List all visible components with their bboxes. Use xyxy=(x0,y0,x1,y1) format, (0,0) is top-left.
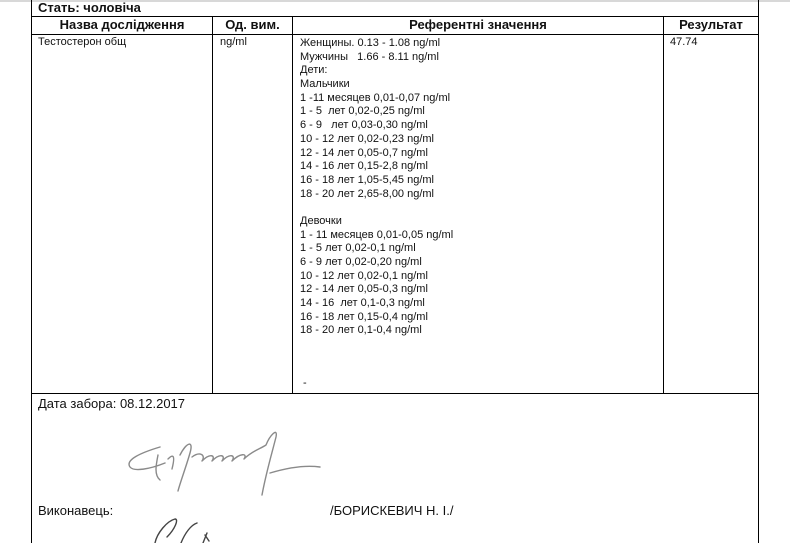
reference-line: Женщины. 0.13 - 1.08 ng/ml xyxy=(300,37,453,51)
header-reference: Референтні значення xyxy=(293,16,663,34)
header-result: Результат xyxy=(664,16,758,34)
header-test-name: Назва дослідження xyxy=(32,16,212,34)
reference-line: 18 - 20 лет 0,1-0,4 ng/ml xyxy=(300,324,453,338)
reference-line: 14 - 16 лет 0,1-0,3 ng/ml xyxy=(300,297,453,311)
reference-line: 16 - 18 лет 1,05-5,45 ng/ml xyxy=(300,174,453,188)
reference-line: 1 - 5 лет 0,02-0,1 ng/ml xyxy=(300,242,453,256)
partial-signature-icon xyxy=(145,515,225,543)
reference-line: 16 - 18 лет 0,15-0,4 ng/ml xyxy=(300,311,453,325)
reference-line: 1 - 5 лет 0,02-0,25 ng/ml xyxy=(300,105,453,119)
reference-line: Девочки xyxy=(300,215,453,229)
reference-line: 18 - 20 лет 2,65-8,00 ng/ml xyxy=(300,188,453,202)
col-divider-3 xyxy=(663,16,664,394)
cell-reference-trailing-mark: - xyxy=(303,377,307,389)
frame-left-border xyxy=(31,0,32,543)
executor-name: /БОРИСКЕВИЧ Н. І./ xyxy=(330,503,454,518)
reference-line: Мужчины 1.66 - 8.11 ng/ml xyxy=(300,51,453,65)
patient-sex: Стать: чоловіча xyxy=(38,0,141,16)
reference-line: 12 - 14 лет 0,05-0,7 ng/ml xyxy=(300,147,453,161)
reference-line: 6 - 9 лет 0,02-0,20 ng/ml xyxy=(300,256,453,270)
reference-line: 10 - 12 лет 0,02-0,23 ng/ml xyxy=(300,133,453,147)
reference-line: 6 - 9 лет 0,03-0,30 ng/ml xyxy=(300,119,453,133)
signature-icon xyxy=(120,425,330,510)
reference-line: Мальчики xyxy=(300,78,453,92)
sample-date: Дата забора: 08.12.2017 xyxy=(38,396,185,411)
reference-line: 10 - 12 лет 0,02-0,1 ng/ml xyxy=(300,270,453,284)
header-bottom-border xyxy=(31,34,759,35)
row-bottom-border xyxy=(31,393,759,394)
reference-line: Дети: xyxy=(300,64,453,78)
reference-line: 1 - 11 месяцев 0,01-0,05 ng/ml xyxy=(300,229,453,243)
frame-right-border xyxy=(758,0,759,543)
header-unit: Од. вим. xyxy=(213,16,292,34)
col-divider-2 xyxy=(292,16,293,394)
cell-test-name: Тестостерон общ xyxy=(38,36,126,50)
reference-line: 14 - 16 лет 0,15-2,8 ng/ml xyxy=(300,160,453,174)
executor-label: Виконавець: xyxy=(38,503,113,518)
cell-result: 47.74 xyxy=(670,36,698,50)
cell-reference-values: Женщины. 0.13 - 1.08 ng/mlМужчины 1.66 -… xyxy=(300,37,453,338)
reference-line: 12 - 14 лет 0,05-0,3 ng/ml xyxy=(300,283,453,297)
cell-unit: ng/ml xyxy=(220,36,247,50)
reference-line: 1 -11 месяцев 0,01-0,07 ng/ml xyxy=(300,92,453,106)
reference-line xyxy=(300,201,453,215)
col-divider-1 xyxy=(212,16,213,394)
